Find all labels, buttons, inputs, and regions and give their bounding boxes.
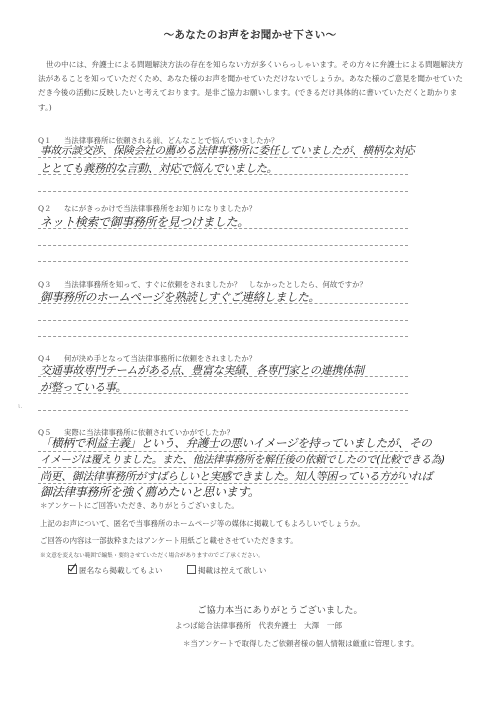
answer-rule [38,393,408,394]
answer-rule [38,410,408,411]
answer-rule [38,191,408,192]
answer-rule [38,174,408,175]
answer-5-line-3: 尚更、御法律事務所がすばらしいと実感できました。知人等困っている方がいれば [40,468,432,484]
answer-5-line-1: 「横柄で利益主義」という、弁護士の悪いイメージを持っていましたが、その [40,435,431,451]
margin-mark: ι. [18,403,22,410]
question-text: 当法律事務所を知って、すぐに依頼をされましたか？ しなかったとしたら、何故ですか… [64,280,367,289]
firm-signature: よつば総合法律事務所 代表弁護士 大澤 一郎 [175,620,342,631]
answer-rule [38,336,408,337]
question-text: なにがきっかけで当法律事務所をお知りになりましたか？ [64,204,256,213]
answer-rule [38,245,408,246]
answer-5-line-4: 御法律事務所を強く薦めたいと思います。 [40,483,259,500]
edit-note: ※文意を変えない範囲で編集・要約させていただく場合がありますのでご了承ください。 [40,551,264,559]
answer-rule [38,376,408,377]
checkbox-empty-icon[interactable] [187,565,196,574]
answer-rule [38,228,408,229]
publish-question: 上記のお声について、匿名で当事務所のホームページ等の媒体に掲載してもよろしいでし… [40,518,365,529]
privacy-note: ＊当アンケートで取得したご依頼者様の個人情報は厳重に管理します。 [183,638,418,649]
answer-rule [38,261,408,262]
checkbox-checked-icon[interactable] [68,565,77,574]
thanks-note: ＊アンケートにご回答いただき、ありがとうございました。 [40,500,239,511]
consent-label: 匿名なら掲載してもよい [79,566,163,575]
closing-message: ご協力本当にありがとうございました。 [0,602,500,616]
answer-rule [38,303,408,304]
intro-text: 世の中には、弁護士による問題解決方法の存在を知らない方が多くいらっしゃいます。そ… [38,58,468,115]
survey-title: ～あなたのお声をお聞かせ下さい～ [0,27,500,42]
consent-options: 匿名なら掲載してもよい 掲載は控えて欲しい [68,565,288,576]
answer-5-line-2: イメージは覆えりました。また、他法律事務所を解任後の依頼でしたので(比較できる為… [40,452,445,467]
consent-option-decline[interactable]: 掲載は控えて欲しい [187,566,266,575]
intro-paragraph: 世の中には、弁護士による問題解決方法の存在を知らない方が多くいらっしゃいます。そ… [38,58,468,115]
answer-rule [38,320,408,321]
consent-label: 掲載は控えて欲しい [198,566,266,575]
answer-1-line-1: 事故示談交渉、保険会社の薦める法律事務所に委任していましたが、横柄な対応 [40,143,414,158]
publish-detail: ご回答の内容は一部抜粋またはアンケート用紙ごと載せさせていただきます。 [40,535,298,546]
answer-rule [38,157,408,158]
consent-option-anonymous[interactable]: 匿名なら掲載してもよい [68,566,165,575]
